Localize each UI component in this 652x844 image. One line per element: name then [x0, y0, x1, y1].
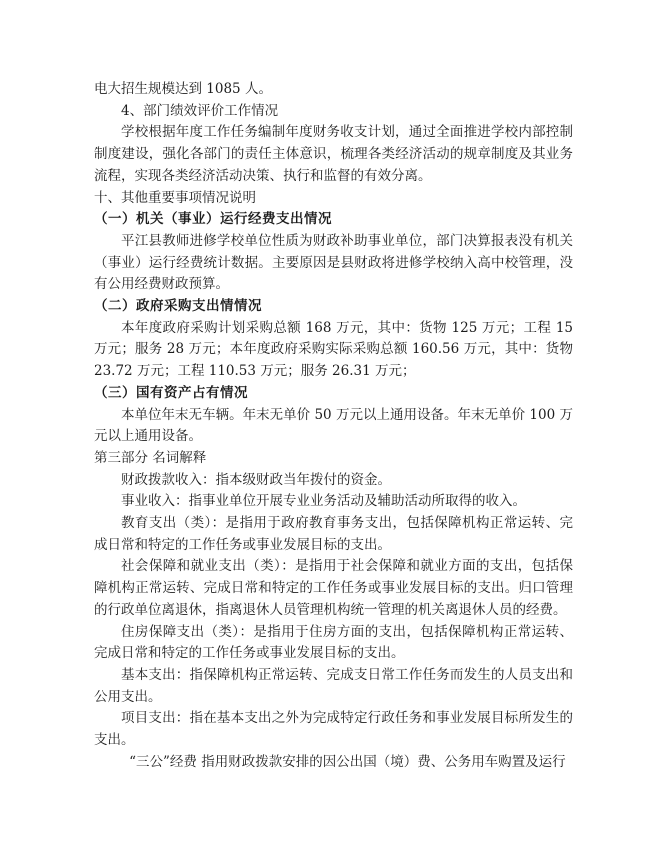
paragraph-operating-expenses: 平江县教师进修学校单位性质为财政补助事业单位，部门决算报表没有机关（事业）运行经… [94, 231, 573, 296]
subheading-performance-evaluation: 4、部门绩效评价工作情况 [94, 101, 573, 123]
glossary-three-public-funds: “三公”经费 指用财政拨款安排的因公出国（境）费、公务用车购置及运行 [94, 752, 573, 774]
glossary-fiscal-appropriation-income: 财政拨款收入：指本级财政当年拨付的资金。 [94, 470, 573, 492]
paragraph-performance-evaluation: 学校根据年度工作任务编制年度财务收支计划，通过全面推进学校内部控制制度建设，强化… [94, 122, 573, 187]
paragraph-state-owned-assets: 本单位年末无车辆。年末无单价 50 万元以上通用设备。年末无单价 100 万元以… [94, 405, 573, 448]
subsection-heading-government-procurement: （二）政府采购支出情情况 [94, 296, 573, 318]
part-heading-glossary: 第三部分 名词解释 [94, 448, 573, 470]
subsection-heading-state-owned-assets: （三）国有资产占有情况 [94, 383, 573, 405]
document-content: 电大招生规模达到 1085 人。 4、部门绩效评价工作情况 学校根据年度工作任务… [94, 79, 573, 774]
document-page: 电大招生规模达到 1085 人。 4、部门绩效评价工作情况 学校根据年度工作任务… [0, 0, 652, 844]
glossary-basic-expenditure: 基本支出：指保障机构正常运转、完成支日常工作任务而发生的人员支出和公用支出。 [94, 665, 573, 708]
paragraph-government-procurement: 本年度政府采购计划采购总额 168 万元，其中：货物 125 万元；工程 15 … [94, 318, 573, 383]
glossary-operational-income: 事业收入：指事业单位开展专业业务活动及辅助活动所取得的收入。 [94, 491, 573, 513]
paragraph-enrollment-scale: 电大招生规模达到 1085 人。 [94, 79, 573, 101]
glossary-housing-security-expenditure: 住房保障支出（类）：是指用于住房方面的支出，包括保障机构正常运转、完成日常和特定… [94, 622, 573, 665]
glossary-education-expenditure: 教育支出（类）：是指用于政府教育事务支出，包括保障机构正常运转、完成日常和特定的… [94, 513, 573, 556]
subsection-heading-operating-expenses: （一）机关（事业）运行经费支出情况 [94, 209, 573, 231]
section-heading-other-important-matters: 十、其他重要事项情况说明 [94, 188, 573, 210]
glossary-social-security-employment-expenditure: 社会保障和就业支出（类）：是指用于社会保障和就业方面的支出，包括保障机构正常运转… [94, 556, 573, 621]
glossary-project-expenditure: 项目支出：指在基本支出之外为完成特定行政任务和事业发展目标所发生的支出。 [94, 708, 573, 751]
